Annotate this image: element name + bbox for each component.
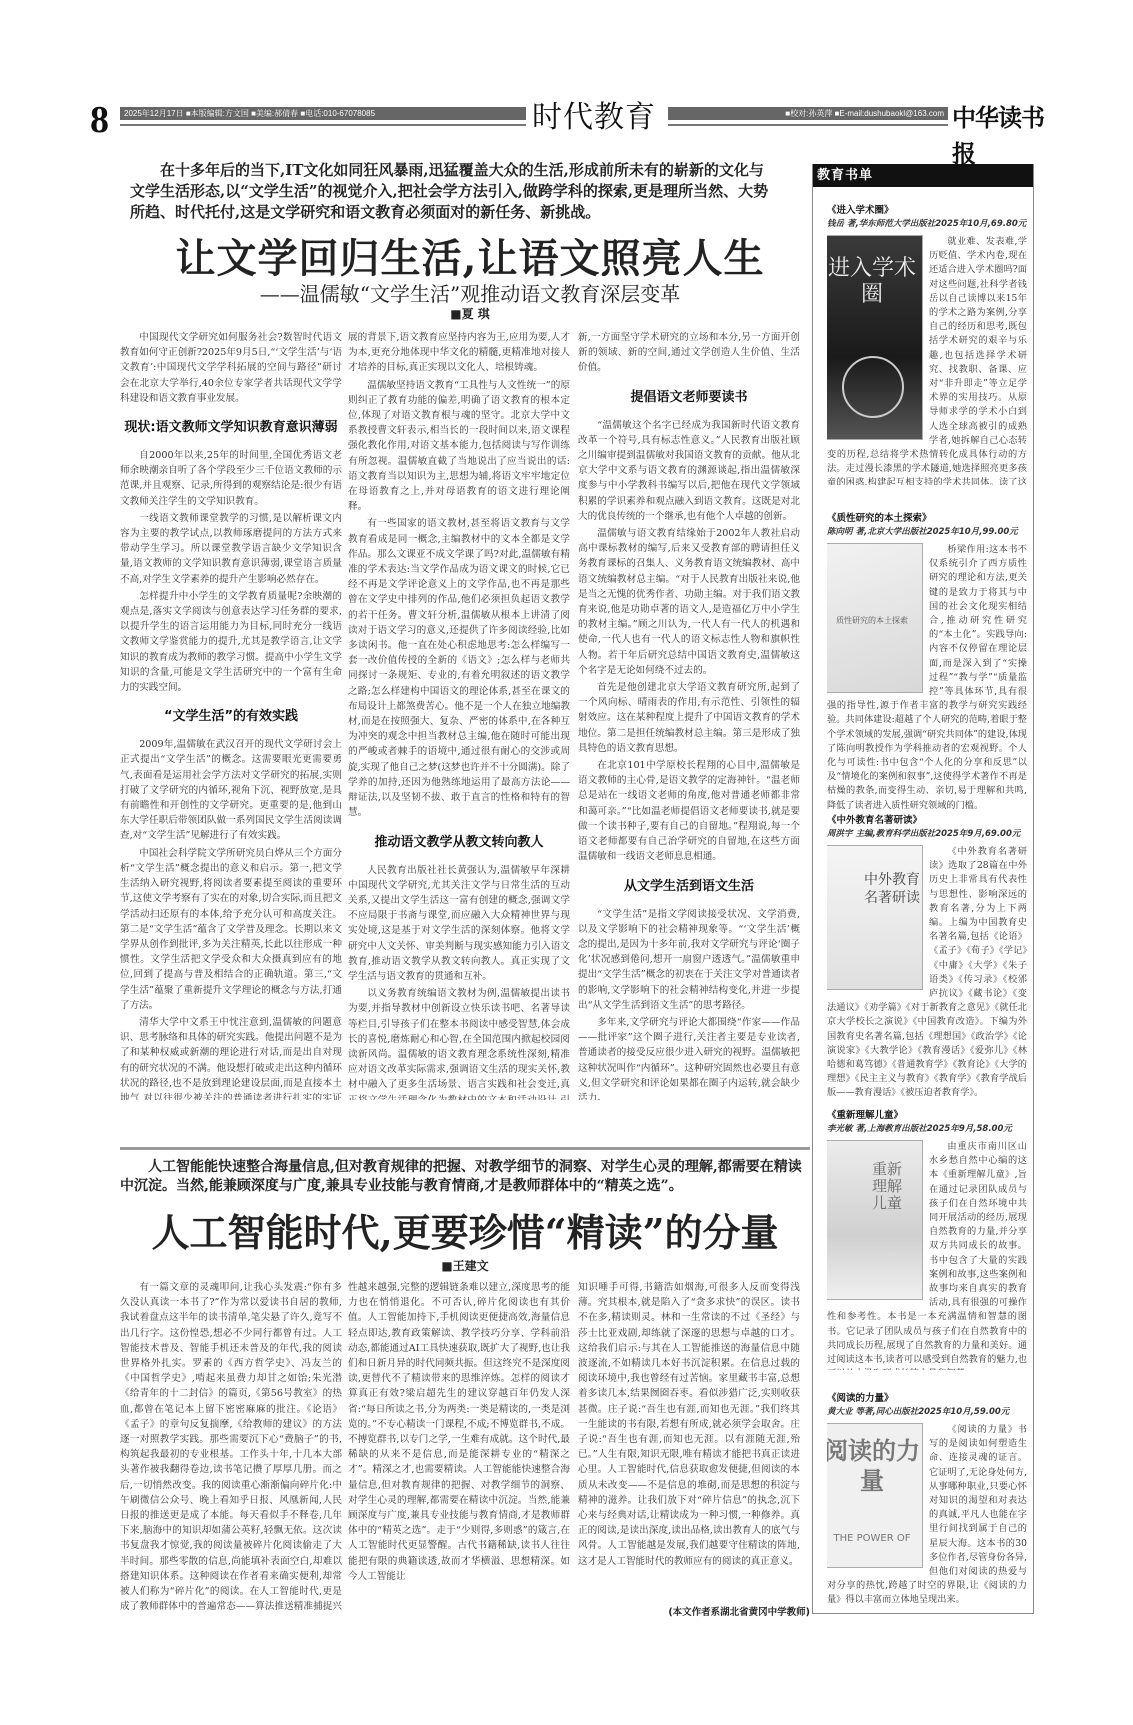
paragraph: 人民教育出版社社长黄强认为,温儒敏早年深耕中国现代文学研究,尤其关注文学与日常生… <box>348 863 570 985</box>
paragraph: 多年来,文学研究与评论大都围绕“作家——作品——批评家”这个圈子进行,关注者主要… <box>578 1015 800 1100</box>
paragraph: 首先是他创建北京大学语文教育研究所,起到了一个风向标、晴雨表的作用,有示范性、引… <box>578 680 800 756</box>
book-meta: 陈向明 著,北京大学出版社2025年10月,99.00元 <box>827 526 1027 539</box>
masthead-contact-bar: ■校对:孙英萍 ■E-mail:dushubaokl@163.com <box>668 107 948 120</box>
article2-column-1: 有一篇文章的灵魂叩问,让我心头发震:“你有多久没认真读一本书了?”作为常以爱读书… <box>120 1280 342 1610</box>
paragraph: 新,一方面坚守学术研究的立场和本分,另一方面开创新的领域、新的空间,通过文学创造… <box>578 330 800 376</box>
paragraph: 知识唾手可得,书籍浩如烟海,可很多人反而变得浅薄。究其根本,就是陷入了“贪多求快… <box>578 1280 800 1569</box>
paragraph: 一线语文教师课堂教学的习惯,是以解析课文内容为主要的教学试点,以教师琢磨提问的方… <box>120 511 342 587</box>
article1-byline: ■夏 琪 <box>130 306 810 322</box>
book-title: 《质性研究的本土探索》 <box>827 512 1027 526</box>
book-cover-image: 进入学术圈 <box>827 235 923 440</box>
paragraph: 自2000年以来,25年的时间里,全国优秀语文老师余映潮亲自听了各个学段至少三千… <box>120 448 342 509</box>
book-cover-image: 质性研究的本土探索 <box>827 543 923 693</box>
paragraph: 展的背景下,语文教育应坚持内容为王,应用为要,人才为本,更充分地体现中华文化的精… <box>348 330 570 376</box>
cover-title: 重新理解儿童 <box>872 1161 902 1212</box>
cover-subtitle: THE POWER OF <box>827 1532 922 1546</box>
author-note: (本文作者系湖北省黄冈中学教师) <box>600 1606 810 1620</box>
paragraph: “温儒敏这个名字已经成为我国新时代语文教育改革一个符号,具有标志性意义。”人民教… <box>578 418 800 524</box>
section-heading: 推动语文教学从教文转向教人 <box>348 833 570 853</box>
paragraph: 温儒敏坚持语文教育“工具性与人文性统一”的原则纠正了教育功能的偏差,明确了语文教… <box>348 378 570 515</box>
article1-column-3: 新,一方面坚守学术研究的立场和本分,另一方面开创新的领域、新的空间,通过文学创造… <box>578 330 800 1100</box>
book-title: 《阅读的力量》 <box>827 1392 1027 1406</box>
article1-subheadline: ——温儒敏“文学生活”观推动语文教育深层变革 <box>130 282 810 306</box>
book-meta: 李光敏 著,上海教育出版社2025年9月,58.00元 <box>827 1123 1027 1136</box>
article2-column-2: 性越来越强,完整的逻辑链条难以建立,深度思考的能力也在悄悄退化。不可否认,碎片化… <box>348 1280 570 1610</box>
book-entry: 《进入学术圈》 钱岳 著,华东师范大学出版社2025年10月,69.80元 进入… <box>827 204 1027 485</box>
book-entry: 《重新理解儿童》 李光敏 著,上海教育出版社2025年9月,58.00元 重新理… <box>827 1109 1027 1370</box>
paragraph: “文学生活”是指文学阅读接受状况、文学消费,以及文学影响下的社会精神现象等。“‘… <box>578 907 800 1013</box>
book-entry: 《中外教育名著研读》 周洪宇 主编,教育科学出版社2025年9月,69.00元 … <box>827 814 1027 1130</box>
paragraph: 清华大学中文系王中忱注意到,温儒敏的问题意识、思考脉络和具体的研究实践。他提出问… <box>120 1015 342 1100</box>
book-entry: 《质性研究的本土探索》 陈向明 著,北京大学出版社2025年10月,99.00元… <box>827 512 1027 833</box>
cover-title: 进入学术圈 <box>827 256 922 308</box>
paragraph: 2009年,温儒敏在武汉召开的现代文学研讨会上正式提出“文学生活”的概念。这需要… <box>120 737 342 843</box>
paragraph: 以义务教育统编语文教材为例,温儒敏提出读书为要,并指导教材中创新设立快乐读书吧、… <box>348 986 570 1100</box>
paragraph: 中国现代文学研究如何服务社会?数智时代语文教育如何守正创新?2025年9月5日,… <box>120 330 342 406</box>
book-cover-image: 中外教育名著研读 <box>827 845 923 990</box>
compass-graphic <box>842 356 904 418</box>
newspaper-logo: 中华读书报 <box>952 100 1050 172</box>
masthead-info-bar: 2025年12月17日 ■本版编辑:方文国 ■美编:郝倩春 ■电话:010-67… <box>120 107 526 120</box>
section-heading: “文学生活”的有效实践 <box>120 707 342 727</box>
sidebar-header: 教育书单 <box>813 164 1033 187</box>
article1-column-1: 中国现代文学研究如何服务社会?数智时代语文教育如何守正创新?2025年9月5日,… <box>120 330 342 1100</box>
paragraph: 在北京101中学原校长程翔的心目中,温儒敏是语文教师的主心骨,是语文教学的定海神… <box>578 758 800 864</box>
masthead-rule-left <box>120 124 526 126</box>
book-entry: 《阅读的力量》 黄大业 等著,同心出版社2025年10月,59.00元 阅读的力… <box>827 1392 1027 1613</box>
book-meta: 黄大业 等著,同心出版社2025年10月,59.00元 <box>827 1406 1027 1419</box>
article2-lead: 人工智能能快速整合海量信息,但对教育规律的把握、对教学细节的洞察、对学生心灵的理… <box>120 1158 810 1196</box>
page-number: 8 <box>90 102 109 138</box>
book-title: 《重新理解儿童》 <box>827 1109 1027 1123</box>
article-divider <box>120 1147 810 1150</box>
paragraph: 有一篇文章的灵魂叩问,让我心头发震:“你有多久没认真读一本书了?”作为常以爱读书… <box>120 1280 342 1610</box>
book-title: 《进入学术圈》 <box>827 204 1027 218</box>
section-heading: 从文学生活到语文生活 <box>578 877 800 897</box>
article2-byline: ■王建文 <box>120 1258 810 1274</box>
education-booklist-sidebar: 教育书单 《进入学术圈》 钱岳 著,华东师范大学出版社2025年10月,69.8… <box>812 164 1034 1614</box>
book-cover-image: 阅读的力量 THE POWER OF <box>827 1423 923 1568</box>
paragraph: 有一些国家的语文教材,甚至将语文教育与文学教育看成是同一概念,主编教材中的文本全… <box>348 516 570 820</box>
book-meta: 钱岳 著,华东师范大学出版社2025年10月,69.80元 <box>827 218 1027 231</box>
paragraph: 温儒敏与语文教育结缘始于2002年人教社启动高中课标教材的编写,后来又受教育部的… <box>578 526 800 678</box>
masthead: 8 2025年12月17日 ■本版编辑:方文国 ■美编:郝倩春 ■电话:010-… <box>90 100 1050 140</box>
section-heading: 提倡语文老师要读书 <box>578 388 800 408</box>
article1-lead: 在十多年后的当下,IT文化如同狂风暴雨,迅猛覆盖大众的生活,形成前所未有的崭新的… <box>130 160 770 223</box>
article1-column-2: 展的背景下,语文教育应坚持内容为王,应用为要,人才为本,更充分地体现中华文化的精… <box>348 330 570 1100</box>
book-title: 《中外教育名著研读》 <box>827 814 1027 828</box>
masthead-rule-right <box>668 124 948 126</box>
section-title: 时代教育 <box>532 100 656 136</box>
article2-column-3: 知识唾手可得,书籍浩如烟海,可很多人反而变得浅薄。究其根本,就是陷入了“贪多求快… <box>578 1280 800 1610</box>
paragraph: 怎样提升中小学生的文学教育质量呢?余映潮的观点是,落实文学阅读与创意表达学习任务… <box>120 589 342 695</box>
paragraph: 中国社会科学院文学所研究员白烨从三个方面分析“文学生活”概念提出的意义和启示。第… <box>120 846 342 1013</box>
cover-title: 阅读的力量 <box>827 1436 922 1496</box>
cover-title: 中外教育名著研读 <box>862 871 922 907</box>
article1-headline: 让文学回归生活,让语文照亮人生 <box>130 236 810 282</box>
book-cover-image: 重新理解儿童 <box>827 1140 923 1300</box>
cover-title: 质性研究的本土探索 <box>827 614 922 628</box>
article2-headline: 人工智能时代,更要珍惜“精读”的分量 <box>120 1210 810 1256</box>
section-heading: 现状:语文教师文学知识教育意识薄弱 <box>120 418 342 438</box>
paragraph: 性越来越强,完整的逻辑链条难以建立,深度思考的能力也在悄悄退化。不可否认,碎片化… <box>348 1280 570 1584</box>
book-meta: 周洪宇 主编,教育科学出版社2025年9月,69.00元 <box>827 828 1027 841</box>
